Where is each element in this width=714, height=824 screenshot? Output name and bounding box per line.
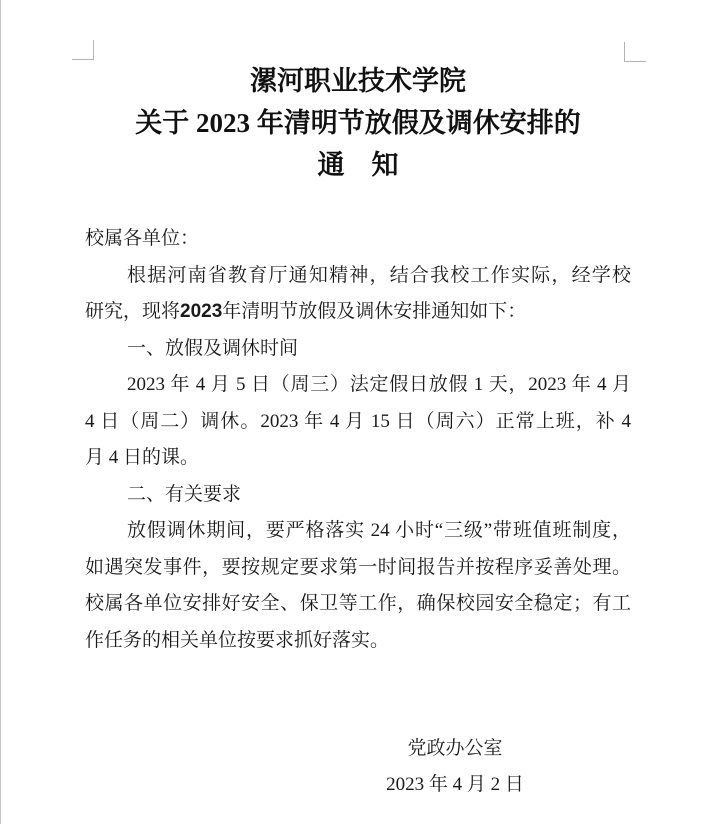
section1-line2: 4 日（周二）调休。2023 年 4 月 15 日（周六）正常上班，补 4 (85, 404, 631, 441)
section2-line4: 作任务的相关单位按要求抓好落实。 (85, 623, 631, 660)
para1-line1: 根据河南省教育厅通知精神，结合我校工作实际，经学校 (85, 258, 631, 295)
title-line-notice: 通 知 (85, 144, 631, 186)
section1-line3: 月 4 日的课。 (85, 440, 631, 477)
document-page: 漯河职业技术学院 关于 2023 年清明节放假及调休安排的 通 知 校属各单位：… (0, 0, 714, 824)
section2-heading: 二、有关要求 (85, 477, 631, 514)
para1-line2-prefix: 研究，现将 (85, 301, 180, 322)
section2-line3: 校属各单位安排好安全、保卫等工作，确保校园安全稳定；有工 (85, 586, 631, 623)
doc-body: 校属各单位： 根据河南省教育厅通知精神，结合我校工作实际，经学校 研究，现将20… (85, 221, 631, 659)
notice-document: 漯河职业技术学院 关于 2023 年清明节放假及调休安排的 通 知 校属各单位：… (85, 0, 631, 803)
title-line-subject: 关于 2023 年清明节放假及调休安排的 (85, 102, 631, 144)
section2-line2: 如遇突发事件，要按规定要求第一时间报告并按程序妥善处理。 (85, 550, 631, 587)
para1-line2-suffix: 年清明节放假及调休安排通知如下： (222, 301, 526, 322)
doc-title: 漯河职业技术学院 关于 2023 年清明节放假及调休安排的 通 知 (85, 0, 631, 186)
signature-block: 党政办公室 2023 年 4 月 2 日 (345, 731, 565, 803)
salutation: 校属各单位： (85, 221, 631, 258)
section2-line1: 放假调休期间，要严格落实 24 小时“三级”带班值班制度， (85, 513, 631, 550)
para1-line2: 研究，现将2023年清明节放假及调休安排通知如下： (85, 294, 631, 331)
signature-date: 2023 年 4 月 2 日 (345, 767, 565, 803)
section1-heading: 一、放假及调休时间 (85, 331, 631, 368)
para1-line2-year: 2023 (180, 301, 222, 322)
signature-organization: 党政办公室 (345, 731, 565, 767)
title-line-school-name: 漯河职业技术学院 (85, 60, 631, 102)
section1-line1: 2023 年 4 月 5 日（周三）法定假日放假 1 天，2023 年 4 月 (85, 367, 631, 404)
